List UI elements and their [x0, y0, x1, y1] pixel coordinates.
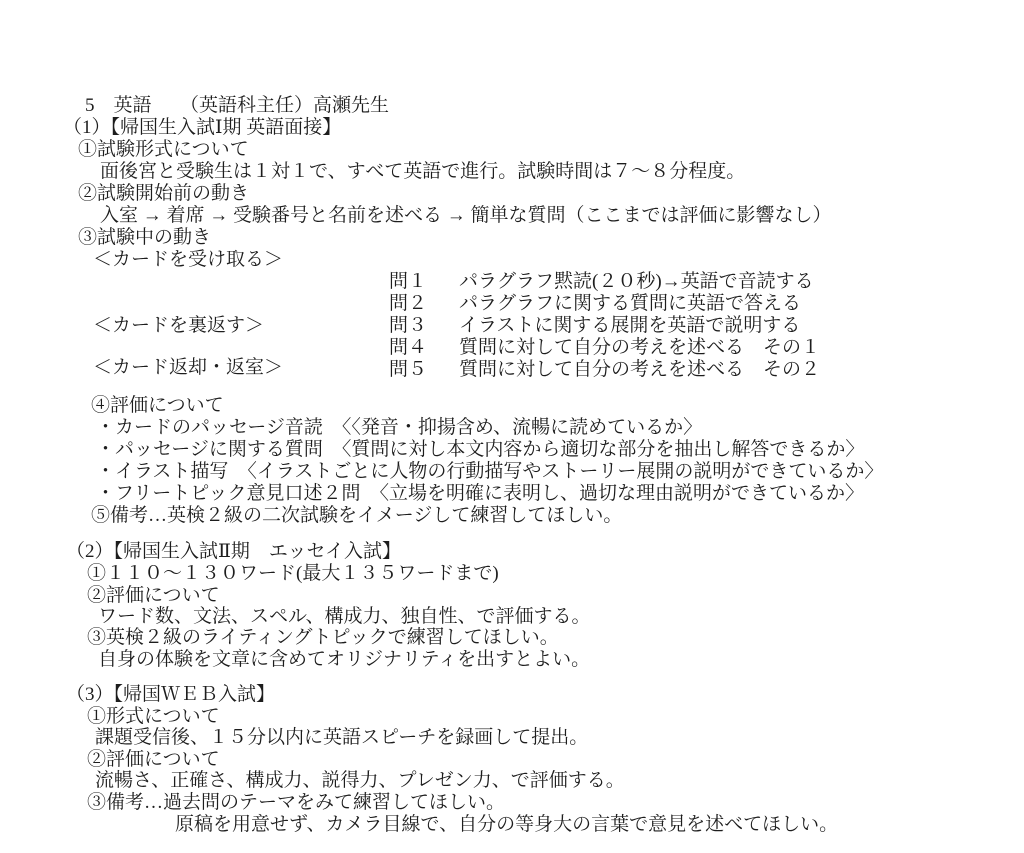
section2-item2-label: ②評価について: [87, 585, 220, 607]
card-step-return: ＜カード返却・返室＞: [93, 357, 283, 379]
section1-item5-note: ⑤備考…英検２級の二次試験をイメージして練習してほしい。: [91, 505, 622, 527]
section1-item2-text: 入室 → 着席 → 受験番号と名前を述べる → 簡単な質問（ここまでは評価に影響…: [100, 205, 832, 227]
eval-point-passage-question: ・パッセージに関する質問 〈質問に対し本文内容から適切な部分を抽出し解答できるか…: [96, 439, 864, 461]
section3-item1-text: 課題受信後、１５分以内に英語スピーチを録画して提出。: [95, 727, 588, 749]
section1-item1-label: ①試験形式について: [78, 139, 249, 161]
section1-heading: （1）【帰国生入試Ⅰ期 英語面接】: [63, 117, 341, 139]
question-text: 質問に対して自分の考えを述べる その２: [459, 359, 820, 380]
section3-item3-text: 原稿を用意せず、カメラ目線で、自分の等身大の言葉で意見を述べてほしい。: [175, 814, 838, 836]
eval-point-passage-reading: ・カードのパッセージ音読 〈〈発音・抑揚含め、流暢に読めているか〉: [96, 417, 702, 439]
section2-item2-text: ワード数、文法、スペル、構成力、独自性、で評価する。: [98, 606, 590, 628]
eval-point-illustration: ・イラスト描写 〈イラストごとに人物の行動描写やストーリー展開の説明ができている…: [96, 461, 883, 483]
section3-item3-label: ③備考…過去問のテーマをみて練習してほしい。: [87, 792, 505, 814]
section1-item1-text: 面後宮と受験生は１対１で、すべて英語で進行。試験時間は７～８分程度。: [100, 161, 745, 183]
section2-item3-label: ③英検２級のライティングトピックで練習してほしい。: [87, 627, 559, 649]
card-step-flip: ＜カードを裏返す＞: [93, 315, 264, 337]
question-row: 問５質問に対して自分の考えを述べる その２: [370, 337, 820, 403]
section2-item3-text: 自身の体験を文章に含めてオリジナリティを出すとよい。: [98, 649, 590, 671]
doc-title: 5 英語 （英語科主任）高瀬先生: [85, 95, 389, 117]
section3-item1-label: ①形式について: [87, 706, 220, 728]
document-page: 5 英語 （英語科主任）高瀬先生 （1）【帰国生入試Ⅰ期 英語面接】 ①試験形式…: [0, 0, 1024, 853]
section2-item1: ①１１０～１３０ワード(最大１３５ワードまで): [87, 563, 499, 585]
eval-point-free-topic: ・フリートピック意見口述２問 〈立場を明確に表明し、過切な理由説明ができているか…: [96, 483, 864, 505]
section3-item2-text: 流暢さ、正確さ、構成力、説得力、プレゼン力、で評価する。: [95, 770, 625, 792]
section1-item4-label: ④評価について: [91, 395, 224, 417]
section1-item2-label: ②試験開始前の動き: [78, 183, 249, 205]
section2-heading: （2）【帰国生入試Ⅱ期 エッセイ入試】: [66, 541, 401, 563]
section3-item2-label: ②評価について: [87, 749, 220, 771]
question-number: 問５: [389, 359, 459, 381]
section1-item3-label: ③試験中の動き: [78, 227, 211, 249]
card-step-receive: ＜カードを受け取る＞: [93, 249, 283, 271]
section3-heading: （3）【帰国ＷＥＢ入試】: [66, 684, 275, 706]
